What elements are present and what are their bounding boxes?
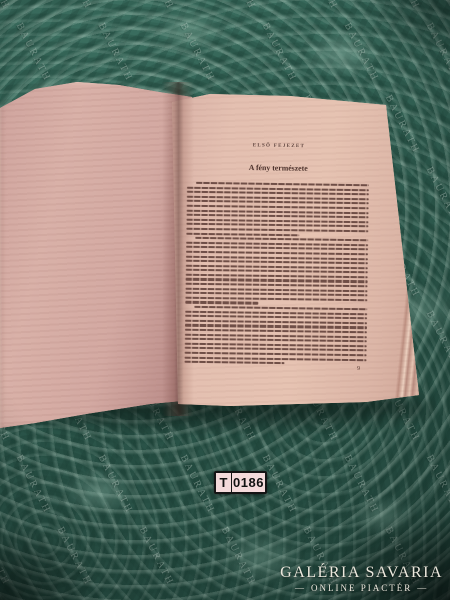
right-text-page: ELSŐ FEJEZET A fény természete 9	[170, 86, 425, 411]
body-text-line	[186, 232, 299, 236]
body-text-line	[185, 333, 367, 338]
body-text-line	[187, 205, 369, 210]
page-number-row: 9	[356, 358, 361, 376]
body-text-line	[186, 269, 368, 274]
logo-dash-right: —	[417, 583, 428, 593]
chapter-heading-row: ELSŐ FEJEZET	[187, 139, 369, 153]
body-text-line	[185, 343, 367, 348]
body-text-line	[195, 237, 368, 242]
page-text-block: ELSŐ FEJEZET A fény természete	[184, 139, 369, 368]
site-logo-subtitle: ONLINE PIACTÉR	[311, 583, 412, 593]
body-text-line	[185, 292, 367, 297]
body-text-line	[187, 191, 369, 196]
inventory-label-prefix: T	[216, 473, 232, 492]
body-text-line	[186, 283, 368, 288]
body-text-line	[185, 315, 367, 320]
body-text-line	[186, 228, 368, 233]
body-text-line	[187, 200, 369, 205]
section-title: A fény természete	[249, 163, 308, 173]
site-logo-subtitle-row: — ONLINE PIACTÉR —	[280, 583, 443, 593]
body-text-line	[187, 186, 369, 191]
body-text-line	[185, 310, 367, 315]
body-text-line	[187, 209, 369, 214]
body-text-line	[185, 356, 367, 361]
body-text-line	[196, 182, 369, 187]
body-text-line	[186, 264, 368, 269]
open-book: ELSŐ FEJEZET A fény természete 9	[0, 0, 450, 600]
body-text-line	[186, 246, 368, 251]
body-text-line	[186, 255, 368, 260]
body-text-line	[186, 218, 368, 223]
body-text-line	[186, 251, 368, 256]
body-text-line	[185, 338, 367, 343]
inventory-label-number: 0186	[232, 473, 265, 492]
body-text-line	[187, 214, 369, 219]
site-logo: GALÉRIA SAVARIA — ONLINE PIACTÉR —	[280, 564, 443, 593]
body-text-line	[185, 287, 367, 292]
body-text-line	[186, 241, 368, 246]
marketplace-photo-page: { "background": { "fabric_color": "#2e5a…	[0, 0, 450, 600]
logo-dash-left: —	[295, 583, 306, 593]
inventory-label: T 0186	[214, 471, 267, 494]
body-text-line	[185, 320, 367, 325]
body-text-line	[186, 278, 368, 283]
section-title-row: A fény természete	[187, 159, 369, 178]
body-text-line	[185, 301, 258, 304]
body-text-line	[185, 324, 367, 329]
body-text-line	[184, 361, 284, 364]
site-logo-title: GALÉRIA SAVARIA	[280, 564, 443, 582]
body-text-line	[185, 352, 367, 357]
body-text-line	[187, 196, 369, 201]
body-text-line	[185, 347, 367, 352]
book-gutter-shadow	[162, 82, 194, 416]
body-text-line	[186, 223, 368, 228]
body-text-line	[185, 297, 367, 302]
body-text-paragraphs	[184, 182, 369, 366]
page-number: 9	[357, 365, 360, 372]
chapter-heading: ELSŐ FEJEZET	[252, 142, 304, 148]
body-text-line	[194, 306, 367, 311]
body-text-line	[185, 329, 367, 334]
body-text-line	[186, 260, 368, 265]
body-text-line	[186, 274, 368, 279]
